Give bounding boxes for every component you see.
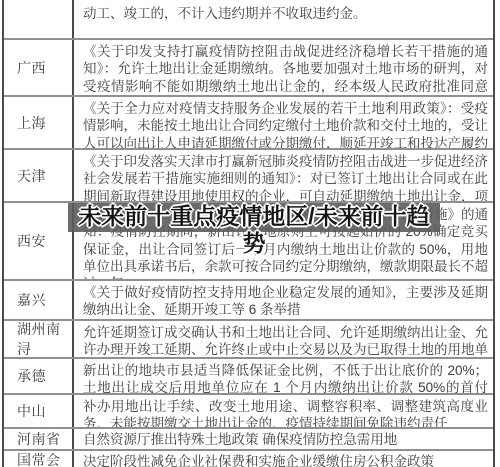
region-label: 嘉兴 [4,281,74,319]
table-row-jiaxing: 嘉兴 《关于做好疫情防控支持用地企业稳定发展的通知》，主要涉及延期缴纳出让金、延… [4,281,493,321]
table-row-tianjin: 天津 《关于印发落实天津市打赢新冠肺炎疫情防控阻击战进一步促进经济社会发展若干措… [4,150,493,203]
region-label: 中山 [4,395,74,427]
table-row-zhongshan: 中山 补办用地出让手续、改变土地用途、调整容积率、调整建筑高度业务，未能按期缴交… [4,395,493,429]
region-label: 国常会 [4,451,74,467]
overlay-banner-title: 未来前十重点疫情地区/未来前十趋势 [68,203,440,257]
region-label: 承德 [4,359,74,393]
policy-text: 允许延期签订成交确认书和土地出让合同、允许延期缴纳出让金、允许办理开竣工延期、允… [74,321,493,357]
region-label: 西安 [4,203,74,279]
region-cell [4,0,74,38]
table-row-continuation: 动工、竣工的，不计入违约期并不收取违约金。 [4,0,493,40]
policy-text: 《关于印发支持打赢疫情防控阻击战促进经济稳增长若干措施的通知》：允许土地出让金延… [74,40,493,95]
table-row-chengde: 承德 新出让的地块市县适当降低保证金比例，不低于出让底价的 20%；土地出让成交… [4,359,493,395]
table-row-henan: 河南省 自然资源厅推出特殊土地政策 确保疫情防控急需用地 [4,429,493,451]
region-label: 广西 [4,40,74,95]
policy-text: 动工、竣工的，不计入违约期并不收取违约金。 [74,0,493,38]
region-label: 湖州南浔 [4,321,74,357]
policy-text: 《关于做好疫情防控支持用地企业稳定发展的通知》，主要涉及延期缴纳出让金、延期开竣… [74,281,493,319]
table-row-guangxi: 广西 《关于印发支持打赢疫情防控阻击战促进经济稳增长若干措施的通知》：允许土地出… [4,40,493,97]
policy-text: 补办用地出让手续、改变土地用途、调整容积率、调整建筑高度业务，未能按期缴交土地出… [74,395,493,427]
region-label: 上海 [4,97,74,148]
table-row-huzhou-nanxun: 湖州南浔 允许延期签订成交确认书和土地出让合同、允许延期缴纳出让金、允许办理开竣… [4,321,493,359]
policy-text: 新出让的地块市县适当降低保证金比例，不低于出让底价的 20%；土地出让成交后用地… [74,359,493,393]
policy-text: 《关于印发落实天津市打赢新冠肺炎疫情防控阻击战进一步促进经济社会发展若干措施实施… [74,150,493,201]
policy-text: 自然资源厅推出特殊土地政策 确保疫情防控急需用地 [74,429,493,449]
table-row-shanghai: 上海 《关于全力应对疫情支持服务企业发展的若干土地利用政策》：受疫情影响，未能按… [4,97,493,150]
policy-text: 《关于全力应对疫情支持服务企业发展的若干土地利用政策》：受疫情影响，未能按土地出… [74,97,493,148]
policy-text: 决定阶段性减免企业社保费和实施企业缓缴住房公积金政策 [74,451,493,467]
region-label: 河南省 [4,429,74,449]
region-label: 天津 [4,150,74,201]
table-row-guochanghui: 国常会 决定阶段性减免企业社保费和实施企业缓缴住房公积金政策 [4,451,493,467]
